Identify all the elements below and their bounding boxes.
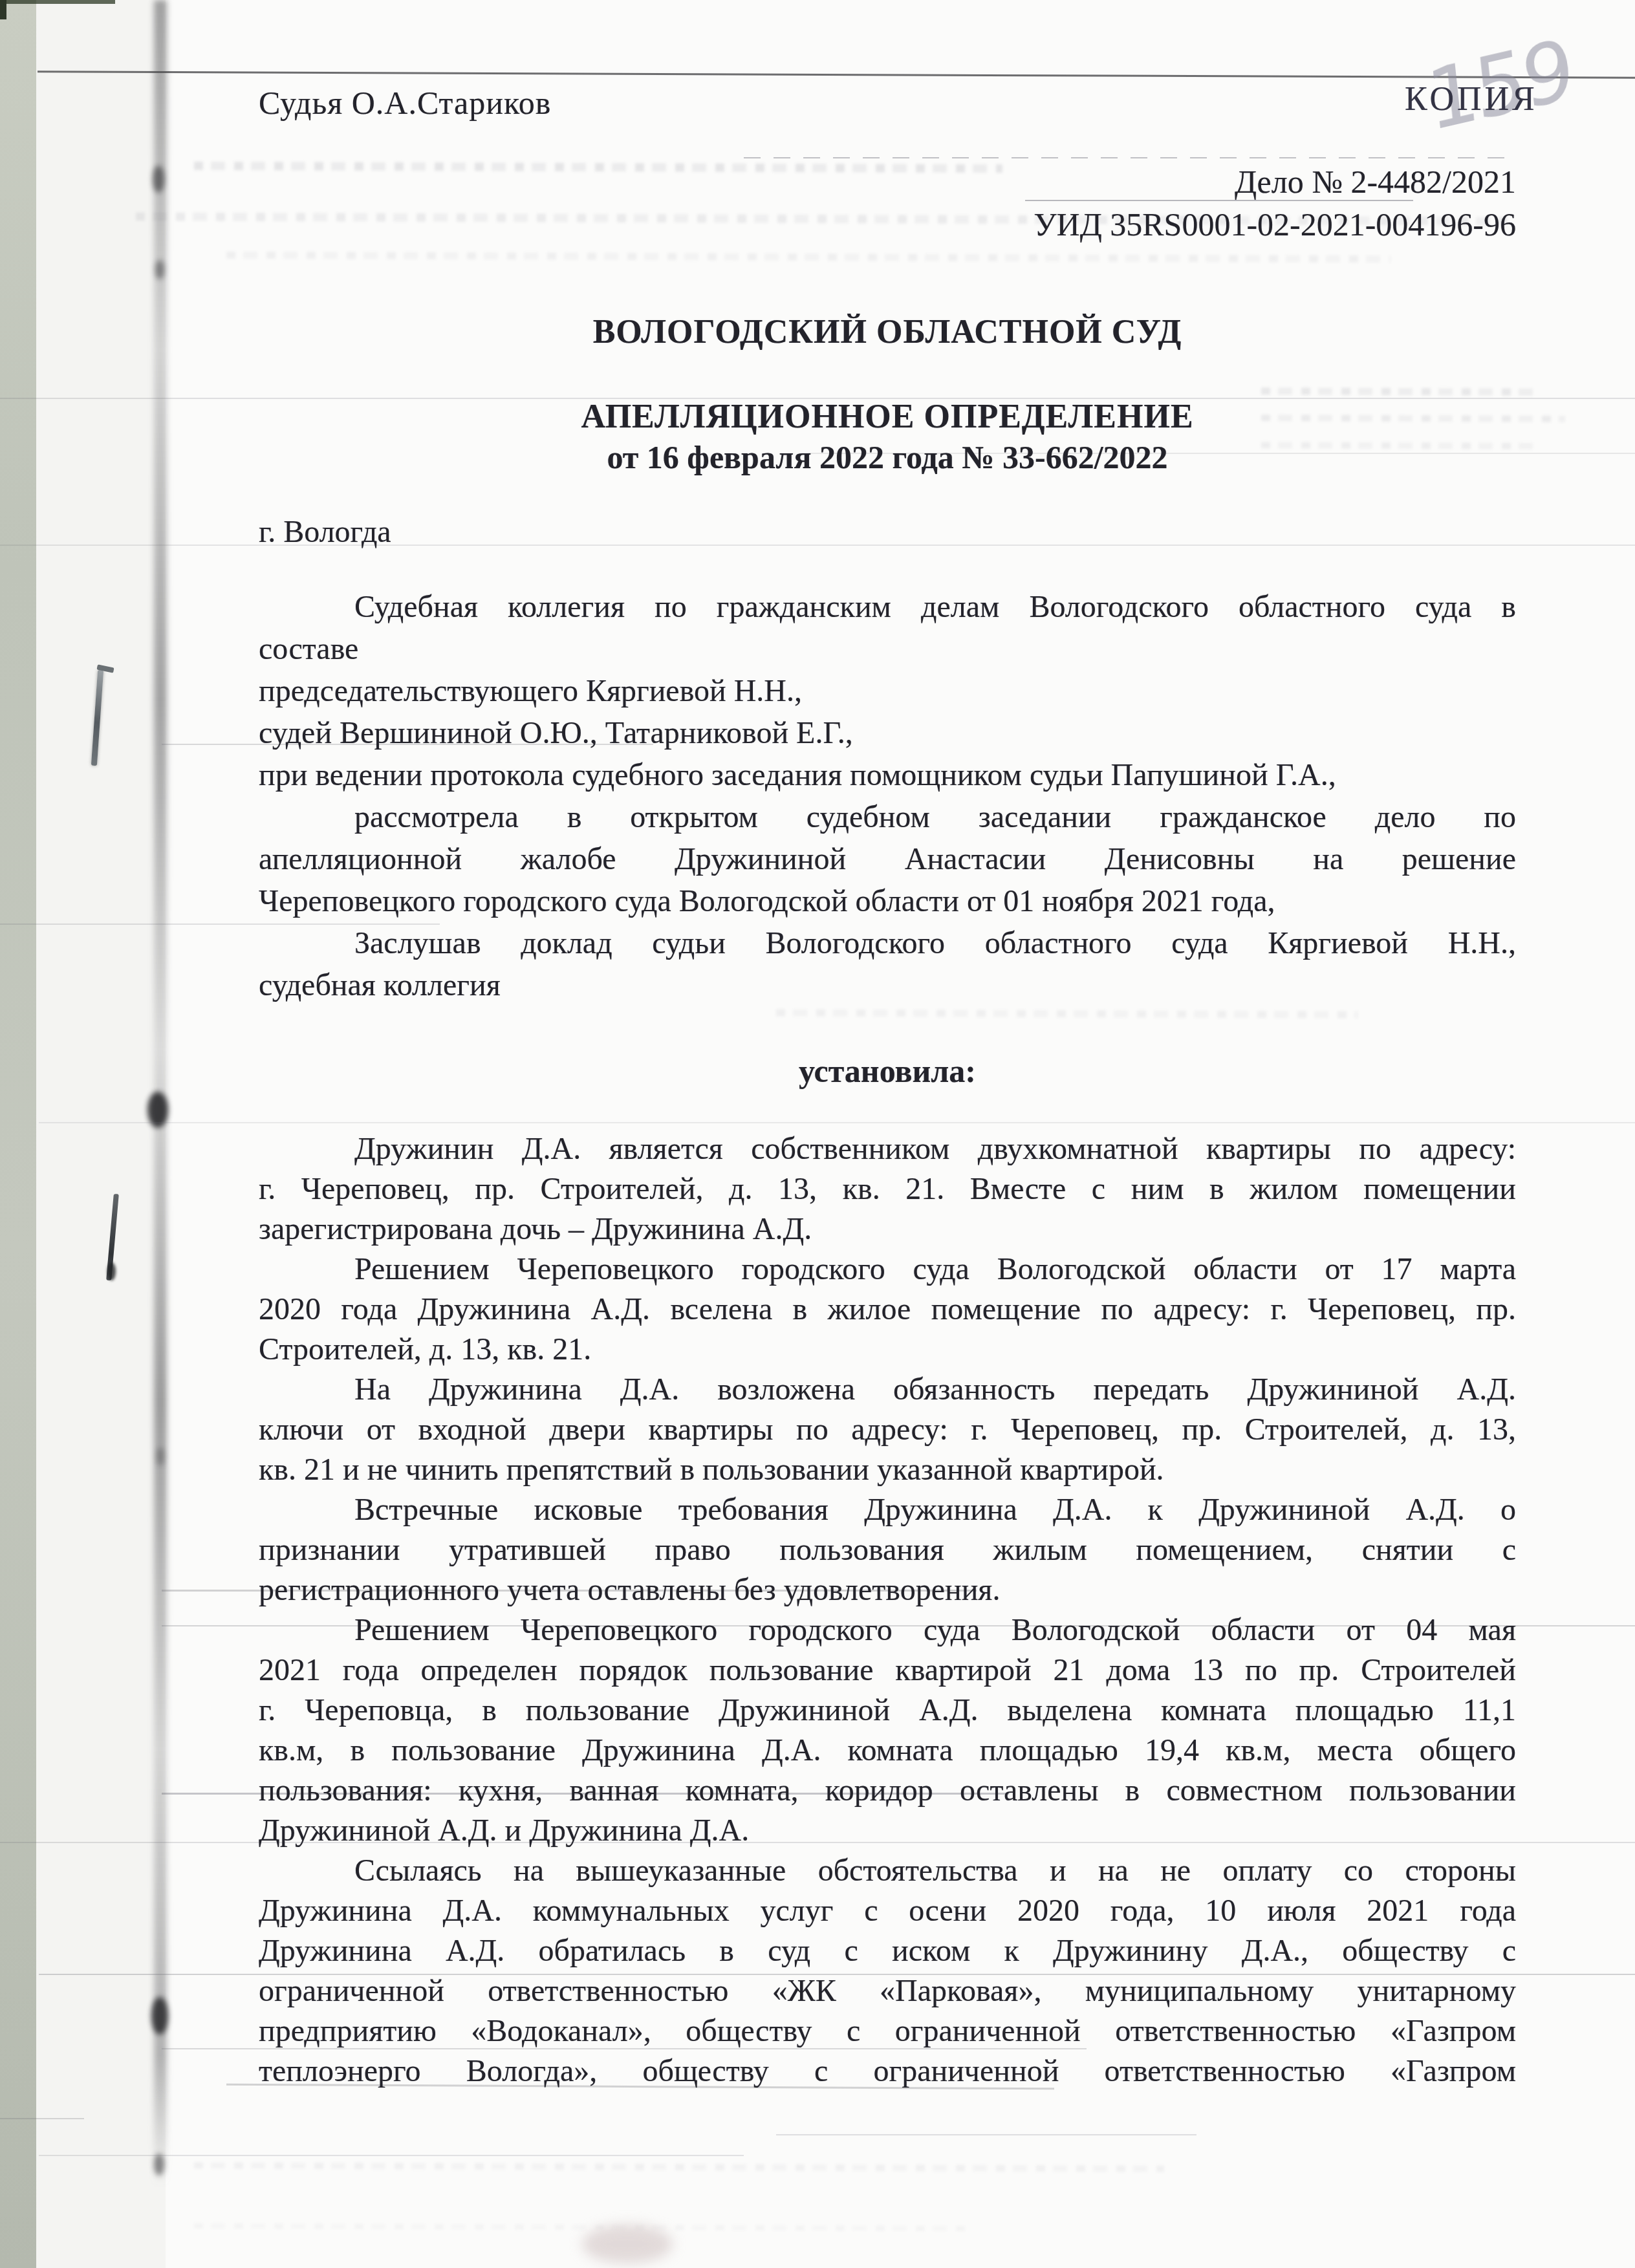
staple-mark — [106, 1194, 119, 1280]
text-line: предприятию «Водоканал», обществу с огра… — [259, 2011, 1516, 2051]
text-line: Заслушав доклад судьи Вологодского облас… — [259, 922, 1516, 964]
staple-mark-tip — [107, 1262, 116, 1280]
document-type-heading: АПЕЛЛЯЦИОННОЕ ОПРЕДЕЛЕНИЕ — [259, 397, 1516, 437]
text-line: составе — [259, 628, 1516, 670]
text-line: рассмотрела в открытом судебном заседани… — [259, 796, 1516, 838]
crease-stain — [157, 1447, 164, 1465]
text-line: ключи от входной двери квартиры по адрес… — [259, 1410, 1516, 1450]
text-line: апелляционной жалобе Дружининой Анастаси… — [259, 838, 1516, 880]
text-line: Ссылаясь на вышеуказанные обстоятельства… — [259, 1851, 1516, 1891]
text-line: Череповецкого городского суда Вологодско… — [259, 880, 1516, 922]
crease-stain — [151, 1997, 168, 2035]
case-reference-block: Дело № 2-4482/2021 УИД 35RS0001-02-2021-… — [259, 160, 1516, 246]
intro-section: Судебная коллегия по гражданским делам В… — [259, 586, 1516, 1006]
text-line: судебная коллегия — [259, 964, 1516, 1006]
scanner-top-edge — [0, 0, 115, 4]
ruling-heading: установила: — [259, 1051, 1516, 1091]
text-line: Дружинина А.Д. обратилась в суд с иском … — [259, 1931, 1516, 1971]
paper-smudge — [582, 2225, 673, 2263]
text-line: 2021 года определен порядок пользование … — [259, 1650, 1516, 1690]
text-line: теплоэнерго Вологда», обществу с огранич… — [259, 2051, 1516, 2091]
text-line: ограниченной ответственностью «ЖК «Парко… — [259, 1971, 1516, 2011]
crease-stain — [153, 166, 164, 193]
text-line: кв.м, в пользование Дружинина Д.А. комна… — [259, 1731, 1516, 1771]
text-line: судей Вершининой О.Ю., Татарниковой Е.Г.… — [259, 712, 1516, 754]
text-line: г. Череповца, в пользование Дружининой А… — [259, 1690, 1516, 1731]
text-line: Решением Череповецкого городского суда В… — [259, 1249, 1516, 1290]
text-line: На Дружинина Д.А. возложена обязанность … — [259, 1370, 1516, 1410]
text-line: Строителей, д. 13, кв. 21. — [259, 1330, 1516, 1370]
text-line: признании утратившей право пользования ж… — [259, 1530, 1516, 1570]
document-date-line: от 16 февраля 2022 года № 33-662/2022 — [259, 437, 1516, 477]
crease-stain — [154, 2154, 164, 2176]
text-line: 2020 года Дружинина А.Д. вселена в жилое… — [259, 1290, 1516, 1330]
text-line: кв. 21 и не чинить препятствий в пользов… — [259, 1450, 1516, 1490]
judge-name: Судья О.А.Стариков — [259, 83, 1516, 123]
text-line: Дружинин Д.А. является собственником дву… — [259, 1129, 1516, 1169]
scanner-corner-shadow — [0, 0, 6, 19]
page-fold-crease — [154, 0, 167, 2186]
page-left-shading — [36, 0, 166, 2268]
court-name-heading: ВОЛОГОДСКИЙ ОБЛАСТНОЙ СУД — [259, 312, 1516, 353]
case-number: Дело № 2-4482/2021 — [259, 160, 1516, 203]
case-uid: УИД 35RS0001-02-2021-004196-96 — [259, 203, 1516, 246]
scanner-edge-strip — [0, 0, 36, 2268]
scan-line — [39, 2155, 744, 2156]
text-line: зарегистрирована дочь – Дружинина А.Д. — [259, 1209, 1516, 1249]
text-line: при ведении протокола судебного заседани… — [259, 754, 1516, 796]
text-line: Дружининой А.Д. и Дружинина Д.А. — [259, 1811, 1516, 1851]
scan-line — [776, 2134, 1196, 2135]
scan-line — [0, 2118, 84, 2119]
staple-mark-head — [96, 664, 114, 673]
city-label: г. Вологда — [259, 512, 1516, 552]
text-line: Решением Череповецкого городского суда В… — [259, 1610, 1516, 1650]
scanned-court-document-page: 159 КОПИЯ Судья О.А.Стариков Дело № 2-44… — [0, 0, 1635, 2268]
text-line: г. Череповец, пр. Строителей, д. 13, кв.… — [259, 1169, 1516, 1209]
bleedthrough-text-row — [194, 2223, 970, 2231]
text-line: Дружинина Д.А. коммунальных услуг с осен… — [259, 1891, 1516, 1931]
text-line: Встречные исковые требования Дружинина Д… — [259, 1490, 1516, 1530]
text-line: председательствующего Кяргиевой Н.Н., — [259, 670, 1516, 712]
text-line: регистрационного учета оставлены без удо… — [259, 1570, 1516, 1610]
crease-stain — [155, 260, 164, 279]
text-line: Судебная коллегия по гражданским делам В… — [259, 586, 1516, 628]
document-body: Судья О.А.Стариков Дело № 2-4482/2021 УИ… — [259, 0, 1516, 2091]
crease-stain — [147, 1092, 168, 1128]
staple-mark — [91, 670, 103, 766]
bleedthrough-text-row — [194, 2162, 1164, 2172]
facts-section: Дружинин Д.А. является собственником дву… — [259, 1129, 1516, 2091]
text-line: пользования: кухня, ванная комната, кори… — [259, 1771, 1516, 1811]
